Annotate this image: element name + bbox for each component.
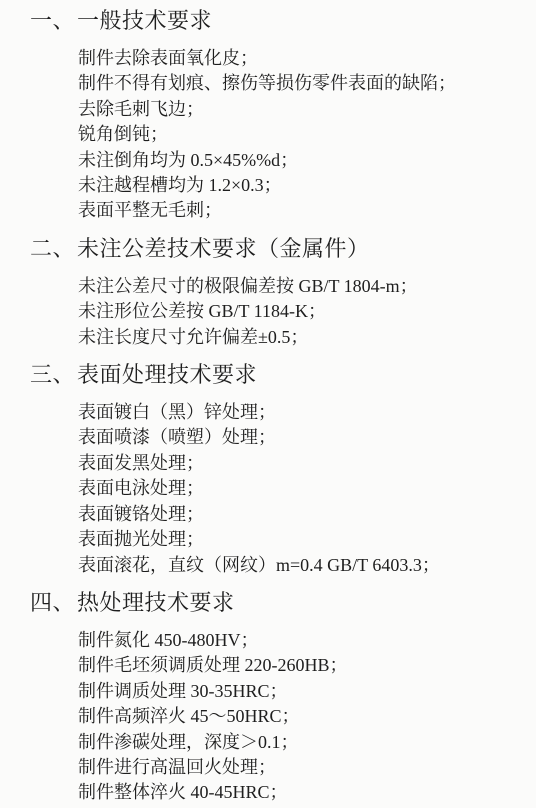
section-general-requirements: 一、一般技术要求 制件去除表面氧化皮； 制件不得有划痕、擦伤等损伤零件表面的缺陷… (0, 8, 536, 224)
requirement-line: 表面滚花，直纹（网纹）m=0.4 GB/T 6403.3； (78, 553, 536, 578)
requirement-line: 制件渗碳处理，深度＞0.1； (78, 730, 536, 755)
section-body: 制件去除表面氧化皮； 制件不得有划痕、擦伤等损伤零件表面的缺陷； 去除毛刺飞边；… (0, 46, 536, 224)
requirement-line: 制件调质处理 30-35HRC； (78, 679, 536, 704)
section-body: 表面镀白（黑）锌处理； 表面喷漆（喷塑）处理； 表面发黑处理； 表面电泳处理； … (0, 400, 536, 578)
requirement-line: 未注形位公差按 GB/T 1184-K； (78, 299, 536, 324)
requirement-line: 表面喷漆（喷塑）处理； (78, 425, 536, 450)
section-title: 表面处理技术要求 (77, 362, 257, 387)
section-heading: 一、一般技术要求 (0, 8, 536, 34)
requirement-line: 锐角倒钝； (78, 122, 536, 147)
section-number: 三、 (30, 362, 75, 387)
requirement-line: 制件进行高温回火处理； (78, 755, 536, 780)
section-body: 未注公差尺寸的极限偏差按 GB/T 1804-m； 未注形位公差按 GB/T 1… (0, 274, 536, 350)
requirement-line: 未注倒角均为 0.5×45%%d； (78, 148, 536, 173)
section-title: 热处理技术要求 (77, 590, 235, 615)
section-heading: 三、表面处理技术要求 (0, 362, 536, 388)
section-heading: 二、未注公差技术要求（金属件） (0, 236, 536, 262)
requirement-line: 表面镀铬处理； (78, 502, 536, 527)
section-untoleranced-requirements: 二、未注公差技术要求（金属件） 未注公差尺寸的极限偏差按 GB/T 1804-m… (0, 236, 536, 350)
requirement-line: 未注越程槽均为 1.2×0.3； (78, 173, 536, 198)
section-heat-treatment-requirements: 四、热处理技术要求 制件氮化 450-480HV； 制件毛坯须调质处理 220-… (0, 590, 536, 806)
requirement-line: 表面镀白（黑）锌处理； (78, 400, 536, 425)
section-title: 一般技术要求 (77, 8, 212, 33)
requirement-line: 制件毛坯须调质处理 220-260HB； (78, 653, 536, 678)
requirement-line: 制件高频淬火 45～50HRC； (78, 704, 536, 729)
requirement-line: 制件氮化 450-480HV； (78, 628, 536, 653)
section-surface-treatment-requirements: 三、表面处理技术要求 表面镀白（黑）锌处理； 表面喷漆（喷塑）处理； 表面发黑处… (0, 362, 536, 578)
requirement-line: 表面抛光处理； (78, 527, 536, 552)
requirement-line: 制件去除表面氧化皮； (78, 46, 536, 71)
requirement-line: 去除毛刺飞边； (78, 97, 536, 122)
requirement-line: 未注公差尺寸的极限偏差按 GB/T 1804-m； (78, 274, 536, 299)
section-number: 四、 (30, 590, 75, 615)
section-body: 制件氮化 450-480HV； 制件毛坯须调质处理 220-260HB； 制件调… (0, 628, 536, 806)
requirement-line: 表面发黑处理； (78, 451, 536, 476)
section-number: 二、 (30, 236, 75, 261)
requirement-line: 制件不得有划痕、擦伤等损伤零件表面的缺陷； (78, 71, 536, 96)
requirement-line: 未注长度尺寸允许偏差±0.5； (78, 325, 536, 350)
requirement-line: 表面平整无毛刺； (78, 198, 536, 223)
section-number: 一、 (30, 8, 75, 33)
section-title: 未注公差技术要求（金属件） (77, 236, 370, 261)
document-page: 一、一般技术要求 制件去除表面氧化皮； 制件不得有划痕、擦伤等损伤零件表面的缺陷… (0, 0, 536, 808)
requirement-line: 表面电泳处理； (78, 476, 536, 501)
requirement-line: 制件整体淬火 40-45HRC； (78, 780, 536, 805)
section-heading: 四、热处理技术要求 (0, 590, 536, 616)
